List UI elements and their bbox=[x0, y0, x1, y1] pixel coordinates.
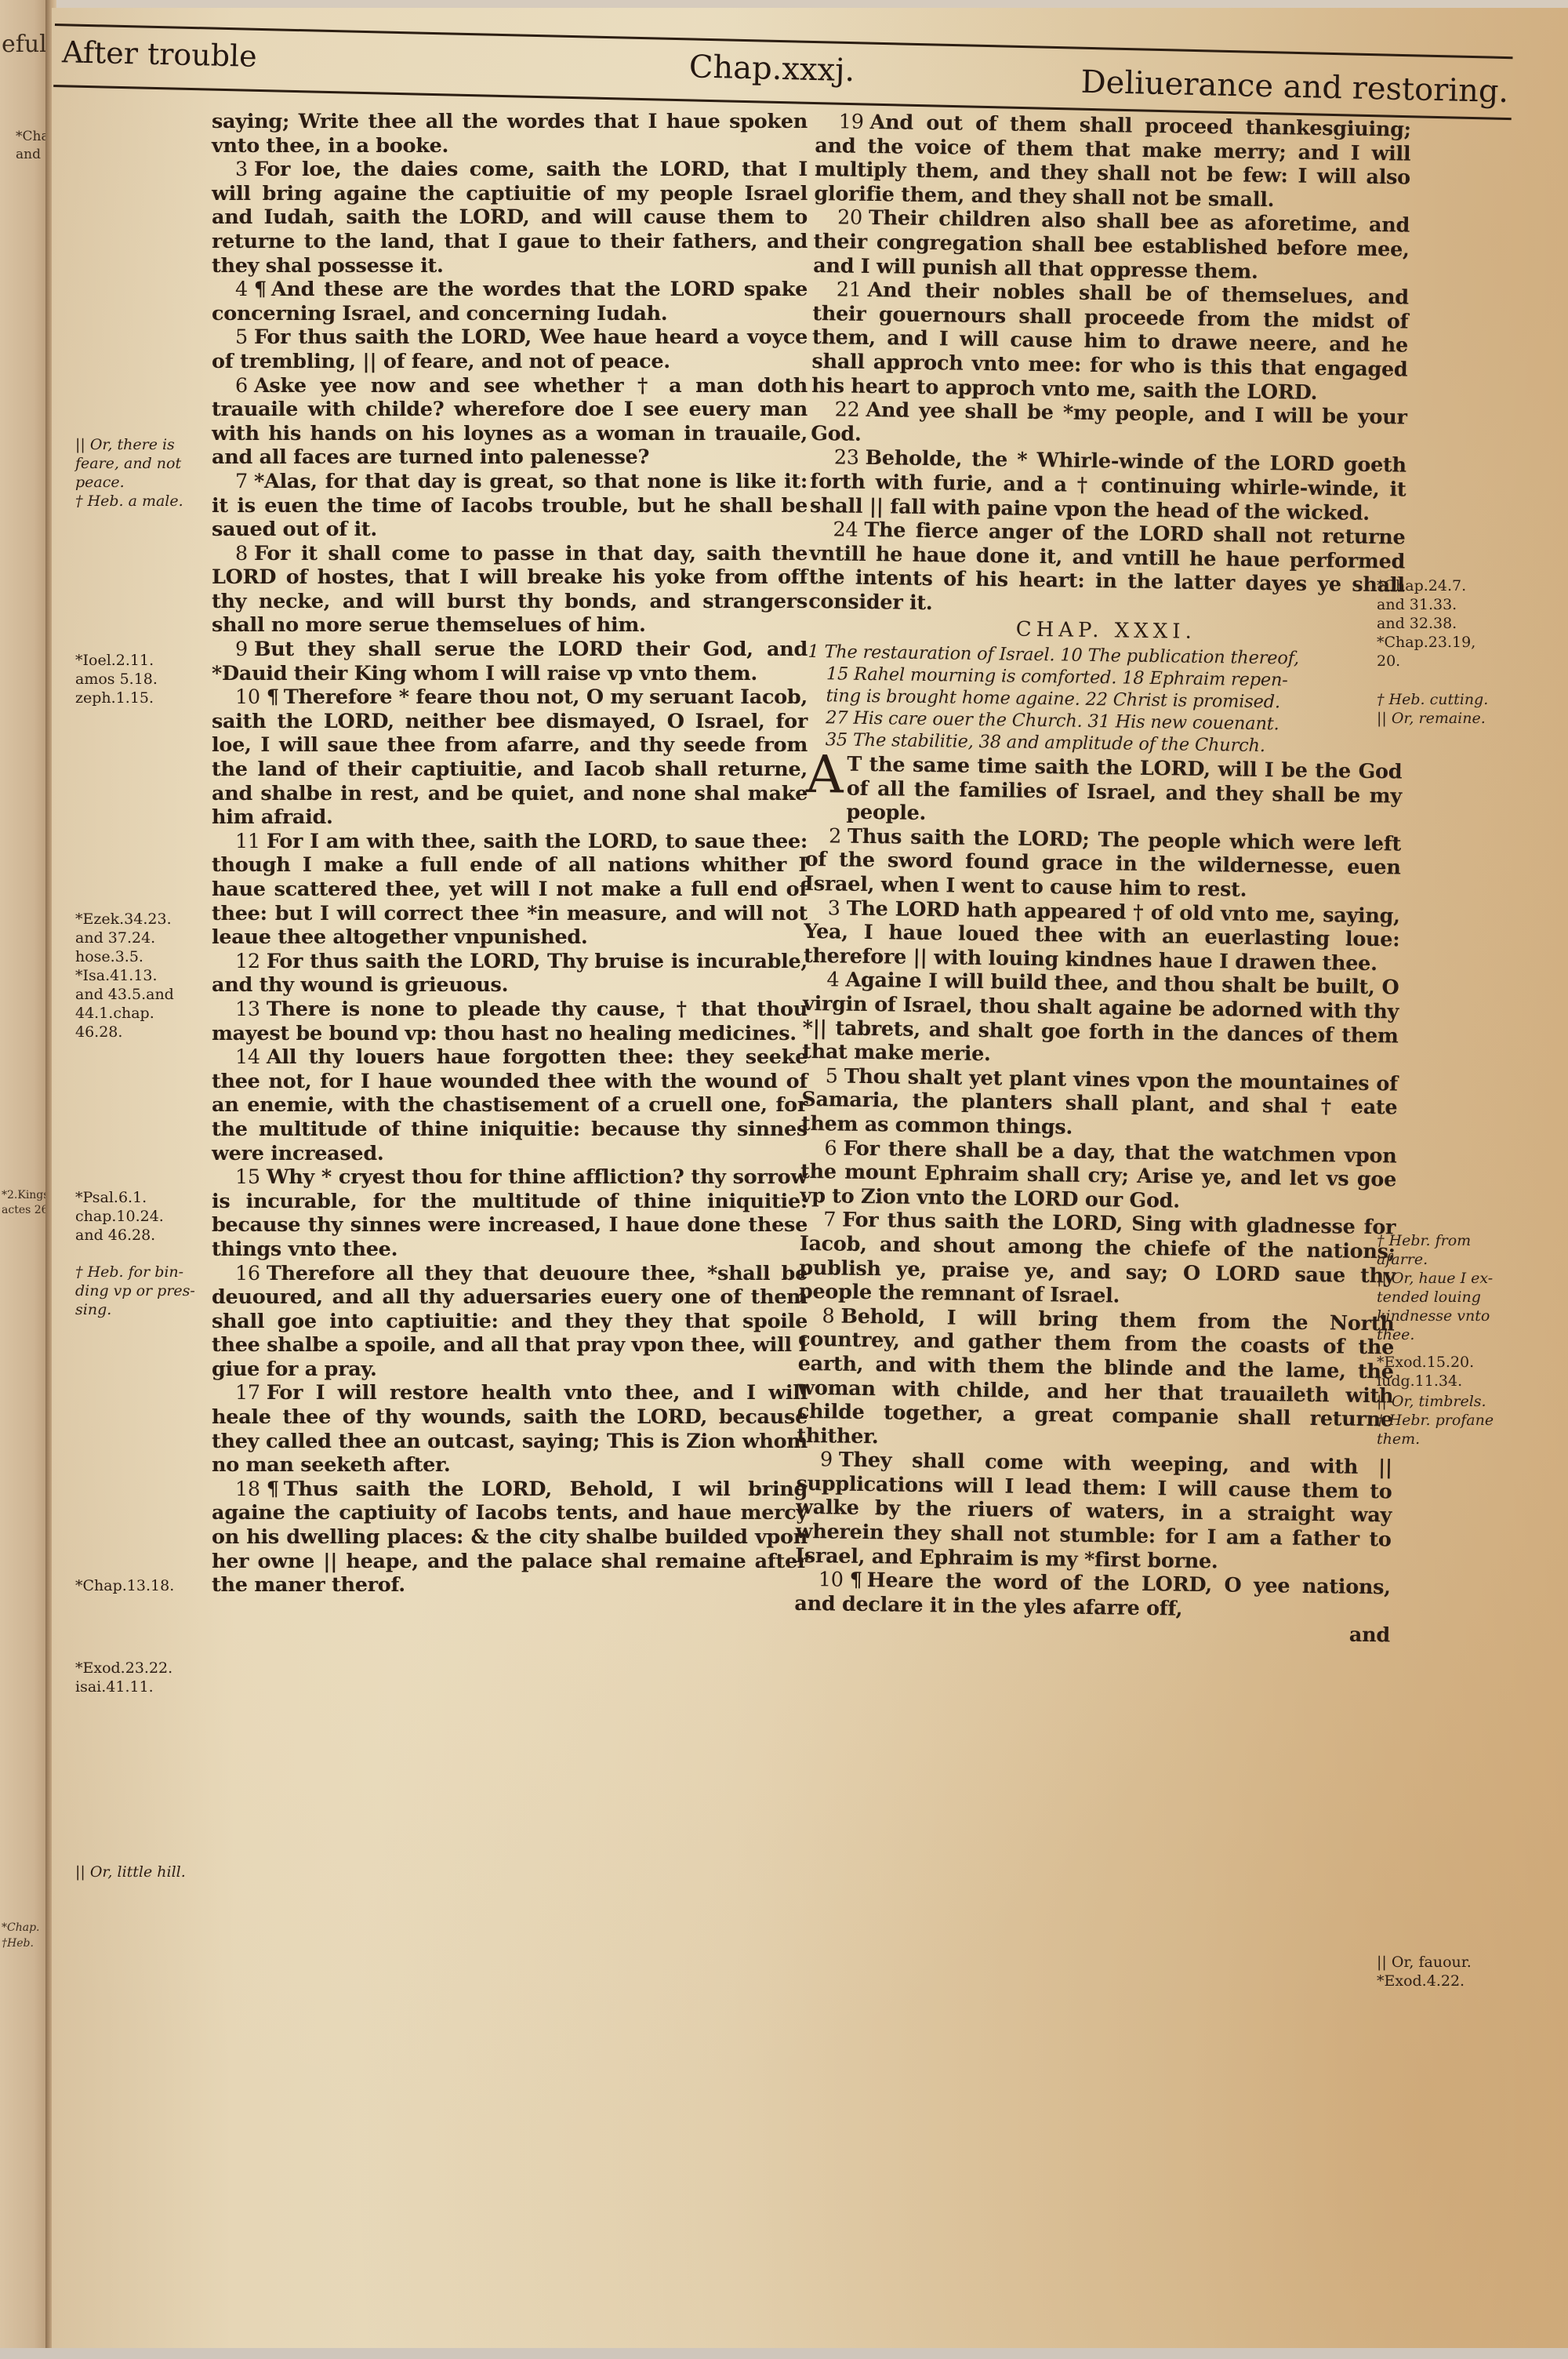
verse-number: 18 bbox=[235, 1478, 260, 1501]
verse: 10¶Heare the word of the LORD, O yee nat… bbox=[794, 1568, 1391, 1624]
verse-text: For there shall be a day, that the watch… bbox=[800, 1136, 1396, 1212]
verse-number: 17 bbox=[235, 1381, 260, 1405]
pilcrow-icon: ¶ bbox=[849, 1568, 862, 1592]
verse-text: For thus saith the LORD, Wee haue heard … bbox=[212, 325, 808, 373]
verse-text: For I am with thee, saith the LORD, to s… bbox=[212, 830, 808, 949]
verse: 19And out of them shall proceed thankesg… bbox=[814, 110, 1411, 214]
verse: 6For there shall be a day, that the watc… bbox=[800, 1136, 1396, 1216]
verse-number: 3 bbox=[235, 158, 248, 181]
verse-number: 4 bbox=[826, 969, 839, 992]
verse: 17For I will restore health vnto thee, a… bbox=[212, 1381, 808, 1477]
verse-text: All thy louers haue forgotten thee: they… bbox=[212, 1045, 808, 1165]
margin-note: *Chap.24.7. and 31.33. and 32.38. *Chap.… bbox=[1377, 576, 1565, 671]
margin-note: *Ezek.34.23. and 37.24. hose.3.5. *Isa.4… bbox=[75, 910, 216, 1041]
verse: 8For it shall come to passe in that day,… bbox=[212, 542, 808, 638]
margin-note: || Or, little hill. bbox=[75, 1863, 216, 1881]
verse: 3The LORD hath appeared † of old vnto me… bbox=[804, 896, 1400, 976]
verse: 13There is none to pleade thy cause, † t… bbox=[212, 998, 808, 1045]
verse-number: 3 bbox=[828, 896, 840, 920]
verse: 4Againe I will build thee, and thou shal… bbox=[802, 968, 1399, 1072]
facing-page-note: actes 26.14 bbox=[2, 1204, 49, 1216]
verse-text: Thus saith the LORD; The people which we… bbox=[804, 825, 1401, 902]
verse: 11For I am with thee, saith the LORD, to… bbox=[212, 830, 808, 950]
verse: saying; Write thee all the wordes that I… bbox=[212, 110, 808, 158]
verse: 7*Alas, for that day is great, so that n… bbox=[212, 470, 808, 542]
verse: 8Behold, I will bring them from the Nort… bbox=[797, 1304, 1394, 1456]
verse-text: The LORD hath appeared † of old vnto me,… bbox=[804, 896, 1400, 976]
verse: 9But they shall serue the LORD their God… bbox=[212, 638, 808, 685]
verse: 16Therefore all they that deuoure thee, … bbox=[212, 1262, 808, 1382]
verse-number: 7 bbox=[235, 470, 248, 493]
verse-text: There is none to pleade thy cause, † tha… bbox=[212, 998, 808, 1045]
verse-number: 5 bbox=[235, 325, 248, 349]
verse-text: Why * cryest thou for thine affliction? … bbox=[212, 1165, 808, 1261]
running-head-left: After trouble bbox=[62, 35, 258, 74]
verse-number: 4 bbox=[235, 278, 248, 301]
verse-number: 23 bbox=[834, 446, 859, 470]
verse: 2Thus saith the LORD; The people which w… bbox=[804, 824, 1401, 904]
verse: 12For thus saith the LORD, Thy bruise is… bbox=[212, 950, 808, 998]
verse: 10¶Therefore * feare thou not, O my seru… bbox=[212, 685, 808, 830]
verse-text: For I will restore health vnto thee, and… bbox=[212, 1381, 808, 1477]
verse-text: The fierce anger of the LORD shall not r… bbox=[808, 518, 1406, 615]
table-surface bbox=[0, 2348, 1568, 2359]
verse-text: And out of them shall proceed thankesgiu… bbox=[814, 111, 1411, 212]
margin-note: *Ioel.2.11. amos 5.18. zeph.1.15. bbox=[75, 651, 216, 707]
left-text-column: saying; Write thee all the wordes that I… bbox=[212, 110, 808, 1598]
verse-text: saying; Write thee all the wordes that I… bbox=[212, 110, 808, 158]
pilcrow-icon: ¶ bbox=[267, 685, 279, 709]
verse-text: Aske yee now and see whether † a man dot… bbox=[212, 374, 808, 470]
verse-text: And yee shall be *my people, and I will … bbox=[811, 398, 1407, 446]
margin-note: || Or, fauour. *Exod.4.22. bbox=[1377, 1953, 1565, 1990]
verse-text: For thus saith the LORD, Thy bruise is i… bbox=[212, 950, 808, 998]
verse-text: For thus saith the LORD, Sing with gladn… bbox=[799, 1209, 1396, 1308]
verse-text: Beholde, the * Whirle-winde of the LORD … bbox=[810, 446, 1406, 525]
verse-text: For it shall come to passe in that day, … bbox=[212, 542, 808, 638]
chapter-summary: 1 The restauration of Israel. 10 The pub… bbox=[807, 641, 1404, 759]
verse-text: Thus saith the LORD, Behold, I wil bring… bbox=[212, 1478, 808, 1597]
verse: 20Their children also shall bee as afore… bbox=[813, 205, 1410, 285]
margin-note: || Or, timbrels. † Hebr. profane them. bbox=[1377, 1392, 1565, 1448]
verse: 5For thus saith the LORD, Wee haue heard… bbox=[212, 325, 808, 373]
verse-text: Heare the word of the LORD, O yee nation… bbox=[794, 1568, 1391, 1620]
facing-page-note: †Heb. bbox=[2, 1937, 34, 1950]
margin-note: *Psal.6.1. chap.10.24. and 46.28. bbox=[75, 1188, 216, 1245]
right-text-column: 19And out of them shall proceed thankesg… bbox=[794, 110, 1411, 1648]
verse-1: AT the same time saith the LORD, will I … bbox=[805, 752, 1402, 832]
verse-number: 13 bbox=[235, 998, 260, 1021]
facing-page-note: *Chap. bbox=[16, 129, 49, 145]
margin-note: † Heb. for bin- ding vp or pres- sing. bbox=[75, 1263, 216, 1319]
verse-number: 7 bbox=[823, 1209, 836, 1232]
verse-number: 11 bbox=[235, 830, 260, 853]
margin-note: *Exod.15.20. iudg.11.34. bbox=[1377, 1353, 1565, 1390]
verse: 7For thus saith the LORD, Sing with glad… bbox=[799, 1208, 1396, 1312]
verse-number: 5 bbox=[826, 1064, 838, 1088]
pilcrow-icon: ¶ bbox=[267, 1478, 279, 1501]
verse-text: Therefore all they that deuoure thee, *s… bbox=[212, 1262, 808, 1381]
margin-note: || Or, there is feare, and not peace. † … bbox=[75, 435, 216, 511]
verse-number: 14 bbox=[235, 1045, 260, 1069]
margin-note: † Hebr. from afarre. || Or, haue I ex- t… bbox=[1377, 1231, 1565, 1344]
verse: 18¶Thus saith the LORD, Behold, I wil br… bbox=[212, 1478, 808, 1598]
verse: 23Beholde, the * Whirle-winde of the LOR… bbox=[810, 445, 1406, 525]
verse-number: 15 bbox=[235, 1165, 260, 1189]
facing-page-running-head: efull bbox=[2, 31, 49, 59]
verse-number: 10 bbox=[818, 1568, 844, 1591]
facing-page-edge: efull *Chap. and 1 *2.Kings 9. actes 26.… bbox=[0, 0, 49, 2359]
verse-number: 22 bbox=[834, 398, 859, 422]
verse-text: They shall come with weeping, and with |… bbox=[795, 1448, 1392, 1573]
verse-number: 21 bbox=[837, 278, 862, 302]
running-head-chapter: Chap.xxxj. bbox=[688, 49, 855, 89]
verse-number: 6 bbox=[235, 374, 248, 398]
verse: 6Aske yee now and see whether † a man do… bbox=[212, 374, 808, 470]
verse-number: 8 bbox=[822, 1304, 834, 1328]
verse-number: 2 bbox=[829, 824, 841, 848]
verse-text: For loe, the daies come, saith the LORD,… bbox=[212, 158, 808, 277]
verse-number: 6 bbox=[824, 1136, 837, 1160]
verse: 9They shall come with weeping, and with … bbox=[795, 1448, 1392, 1576]
verse-text: Therefore * feare thou not, O my seruant… bbox=[212, 685, 808, 829]
verse: 4¶And these are the wordes that the LORD… bbox=[212, 278, 808, 325]
verse: 3For loe, the daies come, saith the LORD… bbox=[212, 158, 808, 278]
facing-page-note: *Chap. bbox=[2, 1921, 40, 1934]
verse-number: 9 bbox=[235, 638, 248, 661]
verse-text: Their children also shall bee as aforeti… bbox=[813, 206, 1410, 283]
verse: 24The fierce anger of the LORD shall not… bbox=[808, 518, 1406, 622]
verse: 21And their nobles shall be of themselue… bbox=[811, 278, 1409, 406]
verse-number: 19 bbox=[839, 110, 864, 133]
verse-number: 10 bbox=[235, 685, 260, 709]
verse-text: *Alas, for that day is great, so that no… bbox=[212, 470, 808, 541]
verse-text: T the same time saith the LORD, will I b… bbox=[846, 753, 1402, 826]
verse-number: 9 bbox=[820, 1448, 833, 1472]
facing-page-note: and 1 bbox=[16, 147, 49, 163]
verse: 14All thy louers haue forgotten thee: th… bbox=[212, 1045, 808, 1165]
verse-text: Againe I will build thee, and thou shalt… bbox=[802, 969, 1399, 1066]
verse: 15Why * cryest thou for thine affliction… bbox=[212, 1165, 808, 1261]
verse-text: And these are the wordes that the LORD s… bbox=[212, 278, 808, 325]
margin-note: *Exod.23.22. isai.41.11. bbox=[75, 1659, 216, 1696]
verse: 22And yee shall be *my people, and I wil… bbox=[811, 398, 1407, 454]
verse-text: Behold, I will bring them from the North… bbox=[797, 1304, 1394, 1448]
verse-number: 20 bbox=[837, 206, 862, 230]
margin-note: † Heb. cutting. || Or, remaine. bbox=[1377, 690, 1565, 728]
verse-text: Thou shalt yet plant vines vpon the moun… bbox=[801, 1064, 1398, 1139]
verse-number: 8 bbox=[235, 542, 248, 565]
verse-text: And their nobles shall be of themselues,… bbox=[811, 278, 1409, 404]
running-head-right: Deliuerance and restoring. bbox=[1080, 64, 1509, 110]
margin-note: *Chap.13.18. bbox=[75, 1576, 216, 1595]
verse-number: 12 bbox=[235, 950, 260, 973]
drop-capital: A bbox=[806, 751, 844, 800]
facing-page-note: *2.Kings 9. bbox=[2, 1189, 49, 1201]
pilcrow-icon: ¶ bbox=[254, 278, 267, 301]
verse-text: But they shall serue the LORD their God,… bbox=[212, 638, 808, 685]
verse-number: 24 bbox=[833, 518, 858, 541]
verse: 5Thou shalt yet plant vines vpon the mou… bbox=[801, 1064, 1398, 1144]
verse-number: 16 bbox=[235, 1262, 260, 1285]
